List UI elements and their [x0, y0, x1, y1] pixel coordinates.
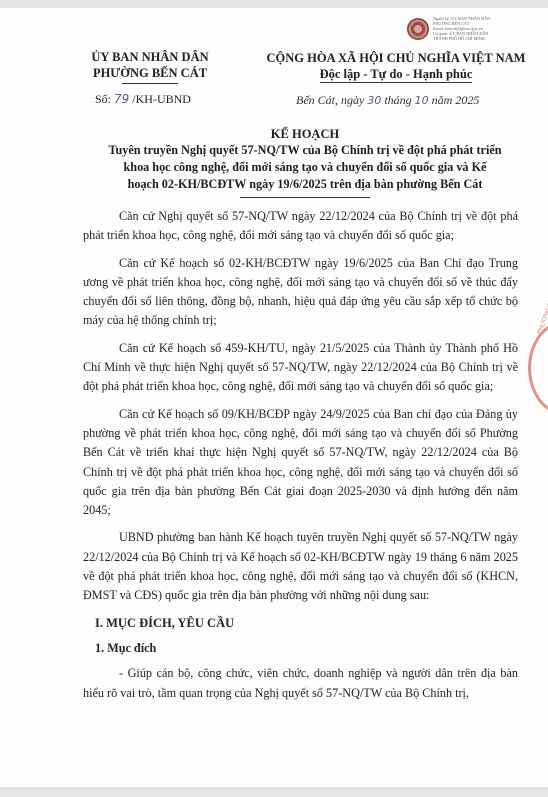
date-year: năm 2025 — [432, 93, 480, 107]
signature-info: Người ký: ỦY BAN NHÂN DÂN PHƯỜNG BẾN CÁT… — [433, 16, 490, 41]
date-day: 30 — [367, 94, 381, 107]
place-date: Bến Cát, ngày 30 tháng 10 năm 2025 — [296, 93, 479, 108]
national-header: CỘNG HÒA XÃ HỘI CHỦ NGHĨA VIỆT NAM Độc l… — [248, 50, 544, 83]
document-body: Căn cứ Nghị quyết số 57-NQ/TW ngày 22/12… — [83, 207, 518, 711]
emblem-seal-icon — [407, 18, 429, 40]
document-number: Số: 79 /KH-UBND — [95, 92, 191, 107]
signature-line: THÀNH PHỐ HỒ CHÍ MINH — [433, 36, 490, 41]
doc-no-label: Số: — [95, 92, 111, 106]
date-month-label: tháng — [384, 93, 411, 107]
title-line-1: Tuyên truyền Nghị quyết 57-NQ/TW của Bộ … — [90, 142, 520, 159]
date-prefix: Bến Cát, ngày — [296, 93, 364, 107]
org-line-2: PHƯỜNG BẾN CÁT — [83, 65, 217, 81]
title-line-3: hoạch 02-KH/BCĐTW ngày 19/6/2025 trên đị… — [90, 176, 520, 193]
legal-basis-paragraph: Căn cứ Kế hoạch số 459-KH/TU, ngày 21/5/… — [83, 339, 518, 397]
purpose-paragraph: - Giúp cán bộ, công chức, viên chức, doa… — [83, 664, 518, 703]
subsection-heading: 1. Mục đích — [83, 639, 518, 658]
doc-no-suffix: /KH-UBND — [132, 92, 191, 106]
section-heading: I. MỤC ĐÍCH, YÊU CẦU — [83, 614, 518, 633]
org-line-1: ỦY BAN NHÂN DÂN — [83, 49, 217, 65]
issuance-paragraph: UBND phường ban hành Kế hoạch tuyên truy… — [83, 528, 518, 605]
issuing-organization: ỦY BAN NHÂN DÂN PHƯỜNG BẾN CÁT — [83, 49, 217, 84]
legal-basis-paragraph: Căn cứ Nghị quyết số 57-NQ/TW ngày 22/12… — [83, 207, 518, 246]
nation-name: CỘNG HÒA XÃ HỘI CHỦ NGHĨA VIỆT NAM — [248, 50, 544, 66]
national-motto: Độc lập - Tự do - Hạnh phúc — [320, 66, 473, 83]
digital-signature-block: Người ký: ỦY BAN NHÂN DÂN PHƯỜNG BẾN CÁT… — [407, 16, 547, 46]
viewer-bottom-bar — [0, 787, 548, 797]
title-underline — [240, 197, 370, 198]
title-line-2: khoa học công nghệ, đổi mới sáng tạo và … — [90, 159, 520, 176]
doc-no-value: 79 — [114, 92, 129, 106]
date-month: 10 — [415, 94, 429, 107]
legal-basis-paragraph: Căn cứ Kế hoạch số 02-KH/BCĐTW ngày 19/6… — [83, 254, 518, 331]
viewer-top-bar — [0, 0, 548, 8]
org-underline — [122, 83, 178, 84]
legal-basis-paragraph: Căn cứ Kế hoạch số 09/KH/BCĐP ngày 24/9/… — [83, 405, 518, 521]
doc-type: KẾ HOẠCH — [90, 127, 520, 142]
document-title: KẾ HOẠCH Tuyên truyền Nghị quyết 57-NQ/T… — [90, 127, 520, 198]
